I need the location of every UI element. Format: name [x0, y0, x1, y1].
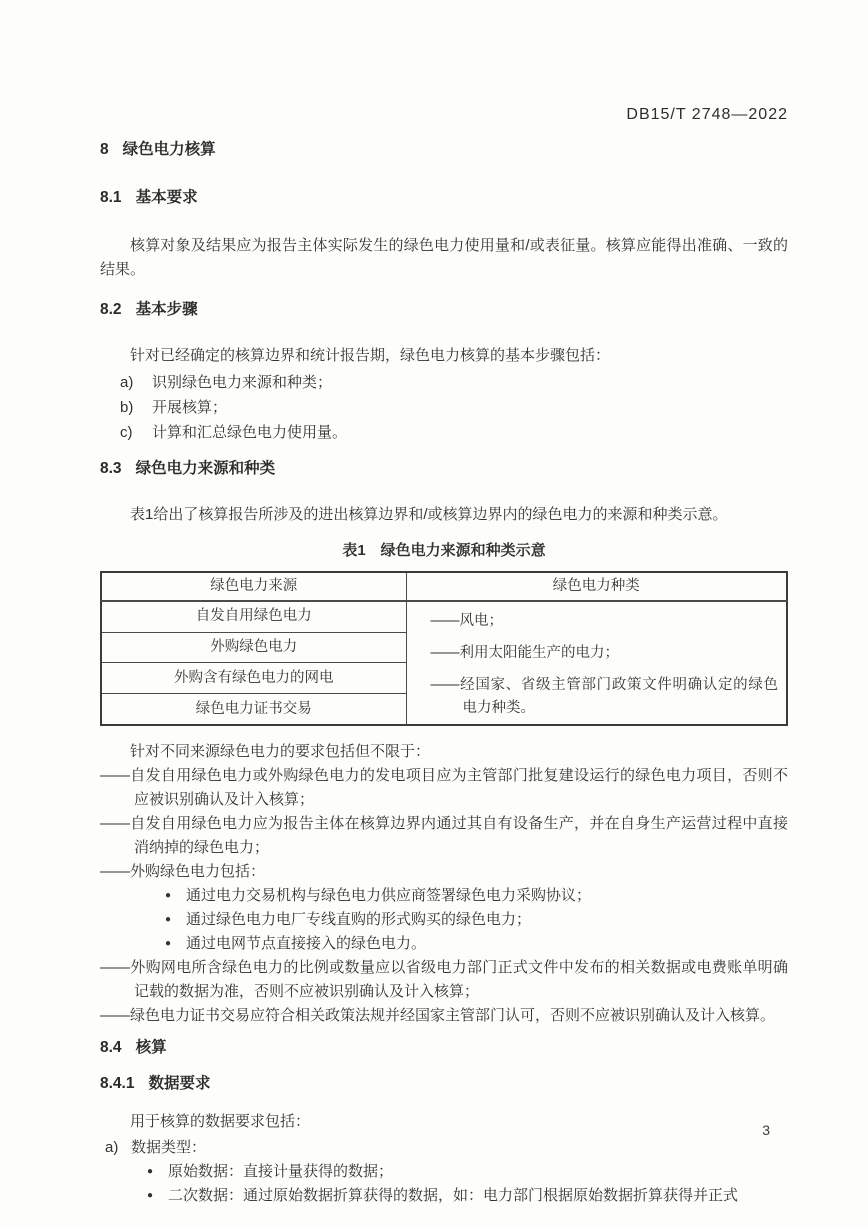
table1-header-row: 绿色电力来源 绿色电力种类: [101, 572, 787, 601]
heading-8-3-number: 8.3: [100, 460, 122, 477]
table1-source-1: 自发自用绿色电力: [101, 601, 406, 632]
data-type-item: a)数据类型：: [100, 1136, 788, 1160]
page-number: 3: [762, 1122, 770, 1138]
requirements-list: ——自发自用绿色电力或外购绿色电力的发电项目应为主管部门批复建设运行的绿色电力项…: [100, 764, 788, 1028]
requirement-3-bullet-2: ●通过绿色电力电厂专线直购的形式购买的绿色电力；: [100, 908, 788, 932]
para-8-3-intro: 表1给出了核算报告所涉及的进出核算边界和/或核算边界内的绿色电力的来源和种类示意…: [100, 503, 788, 527]
para-requirements-intro: 针对不同来源绿色电力的要求包括但不限于：: [100, 740, 788, 764]
table1-source-4: 绿色电力证书交易: [101, 694, 406, 725]
kind-item-1: ——风电；: [431, 610, 779, 633]
requirement-5-text: ——绿色电力证书交易应符合相关政策法规并经国家主管部门认可，否则不应被识别确认及…: [100, 1004, 788, 1028]
heading-8-2-title: 基本步骤: [136, 301, 198, 318]
bullet-icon: ●: [165, 890, 171, 901]
data-type-label: a): [105, 1136, 131, 1160]
table1-header-source: 绿色电力来源: [101, 572, 406, 601]
requirement-1-text: ——自发自用绿色电力或外购绿色电力的发电项目应为主管部门批复建设运行的绿色电力项…: [100, 764, 788, 812]
step-a-text: 识别绿色电力来源和种类；: [152, 374, 332, 391]
step-b-text: 开展核算；: [152, 399, 227, 416]
kind-item-3: ——经国家、省级主管部门政策文件明确认定的绿色电力种类。: [431, 674, 779, 720]
heading-8-3: 8.3绿色电力来源和种类: [100, 459, 788, 479]
para-8-2-intro: 针对已经确定的核算边界和统计报告期，绿色电力核算的基本步骤包括：: [100, 344, 788, 368]
heading-8-4-1-title: 数据要求: [148, 1075, 210, 1092]
requirement-3-bullet-2-text: 通过绿色电力电厂专线直购的形式购买的绿色电力；: [186, 911, 531, 928]
requirement-item: ——外购网电所含绿色电力的比例或数量应以省级电力部门正式文件中发布的相关数据或电…: [100, 956, 788, 1004]
requirement-item: ——绿色电力证书交易应符合相关政策法规并经国家主管部门认可，否则不应被识别确认及…: [100, 1004, 788, 1028]
heading-8-1-number: 8.1: [100, 189, 122, 206]
requirement-3-bullet-1: ●通过电力交易机构与绿色电力供应商签署绿色电力采购协议；: [100, 884, 788, 908]
heading-8-3-title: 绿色电力来源和种类: [136, 460, 276, 477]
heading-8-4-1: 8.4.1数据要求: [100, 1074, 788, 1094]
table1-source-2: 外购绿色电力: [101, 632, 406, 663]
step-a: a)识别绿色电力来源和种类；: [100, 370, 788, 395]
step-b: b)开展核算；: [100, 395, 788, 420]
requirement-3-text: ——外购绿色电力包括：: [100, 860, 788, 884]
heading-8-title: 绿色电力核算: [123, 141, 216, 158]
data-bullet-2: ●二次数据：通过原始数据折算获得的数据，如：电力部门根据原始数据折算获得并正式: [100, 1184, 788, 1208]
step-b-label: b): [120, 395, 152, 420]
step-c: c)计算和汇总绿色电力使用量。: [100, 420, 788, 445]
heading-8-1-title: 基本要求: [136, 189, 198, 206]
table-row: 自发自用绿色电力 ——风电； ——利用太阳能生产的电力； ——经国家、省级主管部…: [101, 601, 787, 632]
requirement-3-bullet-1-text: 通过电力交易机构与绿色电力供应商签署绿色电力采购协议；: [186, 887, 591, 904]
table1-source-3: 外购含有绿色电力的网电: [101, 663, 406, 694]
para-8-4-1-intro: 用于核算的数据要求包括：: [100, 1110, 788, 1134]
requirement-item: ——自发自用绿色电力应为报告主体在核算边界内通过其自有设备生产，并在自身生产运营…: [100, 812, 788, 860]
requirement-item: ——外购绿色电力包括： ●通过电力交易机构与绿色电力供应商签署绿色电力采购协议；…: [100, 860, 788, 956]
doc-number: DB15/T 2748—2022: [626, 106, 788, 124]
heading-8-4-number: 8.4: [100, 1039, 122, 1056]
heading-8-4: 8.4核算: [100, 1038, 788, 1058]
bullet-icon: ●: [147, 1166, 153, 1177]
heading-8-4-title: 核算: [136, 1039, 167, 1056]
requirement-item: ——自发自用绿色电力或外购绿色电力的发电项目应为主管部门批复建设运行的绿色电力项…: [100, 764, 788, 812]
step-c-label: c): [120, 420, 152, 445]
heading-8: 8绿色电力核算: [100, 140, 788, 160]
data-bullet-1: ●原始数据：直接计量获得的数据；: [100, 1160, 788, 1184]
table1-header-kind: 绿色电力种类: [406, 572, 787, 601]
heading-8-number: 8: [100, 141, 109, 158]
heading-8-4-1-number: 8.4.1: [100, 1075, 134, 1092]
heading-8-1: 8.1基本要求: [100, 188, 788, 208]
data-type-text: 数据类型：: [131, 1139, 206, 1156]
requirement-3-bullet-3-text: 通过电网节点直接接入的绿色电力。: [186, 935, 426, 952]
bullet-icon: ●: [147, 1190, 153, 1201]
kind-item-2: ——利用太阳能生产的电力；: [431, 642, 779, 665]
bullet-icon: ●: [165, 938, 171, 949]
step-a-label: a): [120, 370, 152, 395]
data-bullet-1-text: 原始数据：直接计量获得的数据；: [168, 1163, 393, 1180]
document-page: DB15/T 2748—2022 8绿色电力核算 8.1基本要求 核算对象及结果…: [0, 0, 868, 1227]
requirement-3-bullet-3: ●通过电网节点直接接入的绿色电力。: [100, 932, 788, 956]
data-bullet-2-text: 二次数据：通过原始数据折算获得的数据，如：电力部门根据原始数据折算获得并正式: [168, 1187, 738, 1204]
bullet-icon: ●: [165, 914, 171, 925]
table1: 绿色电力来源 绿色电力种类 自发自用绿色电力 ——风电； ——利用太阳能生产的电…: [100, 571, 788, 726]
page-content: 8绿色电力核算 8.1基本要求 核算对象及结果应为报告主体实际发生的绿色电力使用…: [100, 140, 788, 1208]
step-c-text: 计算和汇总绿色电力使用量。: [152, 424, 347, 441]
table1-kinds-cell: ——风电； ——利用太阳能生产的电力； ——经国家、省级主管部门政策文件明确认定…: [406, 601, 787, 725]
heading-8-2-number: 8.2: [100, 301, 122, 318]
para-8-1: 核算对象及结果应为报告主体实际发生的绿色电力使用量和/或表征量。核算应能得出准确…: [100, 234, 788, 282]
requirement-2-text: ——自发自用绿色电力应为报告主体在核算边界内通过其自有设备生产，并在自身生产运营…: [100, 812, 788, 860]
heading-8-2: 8.2基本步骤: [100, 300, 788, 320]
steps-list: a)识别绿色电力来源和种类； b)开展核算； c)计算和汇总绿色电力使用量。: [100, 370, 788, 445]
requirement-4-text: ——外购网电所含绿色电力的比例或数量应以省级电力部门正式文件中发布的相关数据或电…: [100, 956, 788, 1004]
table1-caption: 表1 绿色电力来源和种类示意: [100, 539, 788, 563]
